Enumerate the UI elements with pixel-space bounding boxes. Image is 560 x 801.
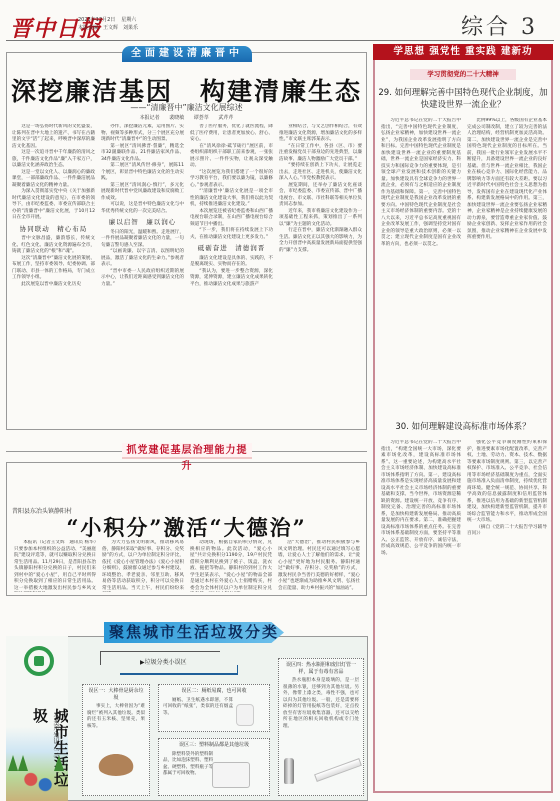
article-column-2: 办作，深挖廉洁元素，运用图片、实物、视频等多种形式，分三个展区充分展现新时代“清… [101, 124, 184, 424]
column-subheading: 砥砺奋进 清德润晋 [190, 245, 273, 252]
byline-author: 裴晓敏 [169, 115, 184, 121]
article-column-1: 本报讯（记者王文辉 通讯员 杨华）只要参加本村组织的公益活动、“美丽庭院”建设评… [14, 540, 96, 592]
paragraph: 强化公平竞争制度刚性约束和保护，推进要素市场化配置改革，完善产权、土地、劳动力、… [467, 440, 547, 525]
paragraph: “在日常工作中，各县（区、市）要注重发掘党员干部身边的先进典型，以廉洁故事、廉洁… [279, 144, 362, 164]
paragraph: 这是一场弘扬时代新风的文化盛宴，让陈列在晋中大地上的遗产、书写在古籍里的文字“活… [12, 124, 95, 150]
paragraph: 这次“清廉晋中”廉洁文化展的策展、布展工作，坚持市委领导、纪委协调、部门联动、市… [12, 256, 95, 282]
paragraph: 比例99%以上，各级国有企业基本完成公司制改制，建立了较为完善的法人治理结构，经… [467, 118, 547, 242]
article-body-columns: 这是一场弘扬时代新风的文化盛宴，让陈列在晋中大地上的遗产、书写在古籍里的文字“活… [12, 124, 362, 424]
toilet-paper-illustration [236, 704, 254, 726]
myth-title: 误区四：热水瓶胆和废旧灯管一样，属于有毒有害品 [283, 662, 359, 675]
myth-body: 事实上，大棒骨因为“难腐烂”被列入其他垃圾。类似的还有玉米核、坚果壳、果核等。 [87, 704, 145, 730]
zone-tab-label: ▶垃圾分类小误区 [140, 657, 187, 666]
myth-title: 误区三：塑料制品都是其他垃圾 [163, 742, 265, 749]
paragraph: 办作，深挖廉洁元素，运用图片、实物、视频等多种形式，分三个展区充分展现新时代“清… [101, 124, 184, 144]
byline-author: 谭荟萃 [194, 115, 209, 121]
paragraph: “晋中市委一人民政府组织近期的展示中心，让我们近距离感受到廉洁文化的力量。” [101, 269, 184, 289]
paragraph: “要持续在创新上下功夫，让展览走出去，走进社区、走进机关，使廉洁文化深入人心。”… [279, 163, 362, 183]
paragraph: 这是一堂以文化人、以廉润心的廉政课堂，一部部廉政作品、一件件廉洁展品凝聚着廉洁文… [12, 170, 95, 190]
paragraph: 本次展览还被省纪委监委和山西广播电视台联合录制，在山西广播电视台综合频道节目中播… [190, 209, 273, 229]
section-banner-party-building: 抓党建促基层治理能力提升 [122, 443, 252, 459]
paragraph: 为深入贯彻落实党中央《关于加强新时代廉洁文化建设的意见》，在市委的领导下，由市纪… [12, 189, 95, 222]
paragraph: 第二展区“清风传世·修身”，展陈11个展区，彰显晋中特色廉洁文化的生动实践。 [101, 163, 184, 183]
question-30-column-2: 强化公平竞争制度刚性约束和保护，推进要素市场化配置改革，完善产权、土地、劳动力、… [467, 440, 547, 785]
paragraph: 习近平总书记在党的二十大报告中指出，“完善中国特色现代企业制度，弘扬企业家精神，… [381, 118, 461, 248]
section-banner-clean-jinzhong: 全面建设清廉晋中 [122, 46, 252, 62]
page-editors: 本版责编：王文辉 刘果乐 [78, 24, 142, 32]
garbage-sidebar: 城市生活垃圾 分类小知识（三） [6, 636, 68, 801]
myth-body: 热水瓶胆本身是玻璃的，是一层很薄的水银，还够到为其他垃圾。另外，像带上漆之类，毒… [283, 678, 359, 730]
paragraph: 晋中文脉昌盛，廉韵悠长，传统文化、红色文化、廉洁文化资源遍布全市，铸就了廉洁文化… [12, 236, 95, 256]
paragraph: 善了医疗服务，优化了就医流程，降低了医疗费用，让患者更加放心、舒心、安心。 [190, 124, 273, 144]
children-illustration [20, 769, 56, 795]
article-column-2: 为大力弘扬文明新风，推动移风易俗，静阳村采取“做好事、存积分、兑奖励”的方式，以… [102, 540, 184, 592]
paragraph: 动现场，根据自家的积分情况，兑换相应的物品。此次活动，“爱心小屋”共计兑换积分1… [190, 540, 272, 592]
page-name: 综合 3 [461, 10, 538, 41]
section-banner-garbage-sorting: 聚焦城市生活垃圾分类 [104, 622, 284, 643]
source-note: （摘自《党的二十大报告学习辅导百问》） [467, 525, 547, 538]
issue-weekday: 星期六 [121, 17, 136, 23]
paragraph: 业相结合，与文艺创作相结合，有效推进廉洁文化资源，增加廉洁文化的多样性。”市文联… [279, 124, 362, 144]
zone-tab-frame [120, 665, 238, 675]
question-29-columns: 习近平总书记在党的二十大报告中指出，“完善中国特色现代企业制度，弘扬企业家精神，… [381, 118, 547, 414]
masthead-divider [6, 40, 554, 41]
paragraph: “我认为，要进一步整合资源，深化资源，延伸资源，建立廉洁文化成果转化平台，推动廉… [190, 269, 273, 289]
recycling-logo-icon [24, 646, 54, 676]
tree-icon [8, 755, 18, 771]
article-byline: 本报记者 裴晓敏 谭荟萃 武芹芹 [6, 114, 367, 121]
article-column-1: 这是一场弘扬时代新风的文化盛宴，让陈列在晋中大地上的遗产、书写在古籍里的文字“活… [12, 124, 95, 424]
paragraph: “这次展览为我们搭建了一个很好的学习教育平台，我们要以廉为镜，以廉修心。”参观者… [190, 170, 273, 190]
issue-meta: 2023年12月2日星期六 本版责编：王文辉 刘果乐 [78, 16, 142, 32]
paragraph: “以画说廉、以字言清、以图明纪的展品，激活了廉洁文化的生命力。”参观者表示。 [101, 249, 184, 269]
section-banner-study: 学思想 强党性 重实践 建新功 [373, 44, 553, 60]
paragraph: 为大力弘扬文明新风，推动移风易俗，静阳村采取“做好事、存积分、兑奖励”的方式，以… [102, 540, 184, 592]
question-29-column-1: 习近平总书记在党的二十大报告中指出，“完善中国特色现代企业制度，弘扬企业家精神，… [381, 118, 461, 414]
paragraph: 活“大德治”，推动村民积极参与乡风文明治理。村民还可以通过填写心愿墙，让爱心人士… [278, 540, 360, 592]
myth-body: 厕纸、卫生纸遇水即溶，不算可回收的“纸张”，类似的还有烟盒等。 [163, 698, 233, 718]
byline-label: 本报记者 [140, 115, 160, 121]
myth-title: 误区二：厕纸易腐，也可回收 [163, 688, 265, 695]
paragraph: “下一步，我们将在持续发展上下功夫，在推动廉洁文化建设上更多发力。” [190, 228, 273, 241]
question-30-columns: 习近平总书记在党的二十大报告中指出，“构建全国统一大市场，深化要素市场化改革，建… [381, 440, 547, 785]
paragraph: 习近平总书记在党的二十大报告中指出，“构建全国统一大市场，深化要素市场化改革，建… [381, 440, 461, 557]
paragraph: 廉洁文化建设是具体的、实践的，不是脱离现实、实物而存在的。 [190, 256, 273, 269]
article-column-4: 业相结合，与文艺创作相结合，有效推进廉洁文化资源，增加廉洁文化的多样性。”市文联… [279, 124, 362, 424]
plastic-bottles-illustration [212, 762, 250, 788]
column-subheading: 廉以启智 廉以润心 [101, 219, 184, 226]
question-29-title[interactable]: 29. 如何理解完善中国特色现代企业制度，加快建设世界一流企业？ [378, 87, 548, 111]
paragraph: 第一展区“清风拂晋·誓廉”，精选全市32副廉联作品、21件廉洁家风作品、34件廉… [101, 144, 184, 164]
issue-date: 2023年12月2日 [78, 17, 115, 23]
myth-card-1: 误区一：大棒骨是厨余垃圾 事实上，大棒骨因为“难腐烂”被列入其他垃圾。类似的还有… [82, 684, 150, 796]
article-headline[interactable]: “小积分”激活“大德治” [6, 512, 367, 542]
study-sub-banner: 学习贯彻党的二十大精神 [410, 69, 516, 80]
paragraph: 在“清风徐徐·砥节砺行”展区前，市委组织部组织干部职工前来参观，一张张展示照片、… [190, 144, 273, 170]
paragraph: 可以说，这是晋中特色廉洁文化与中华优秀传统文化的一次完美结合。 [101, 202, 184, 215]
thermos-illustration [284, 758, 294, 784]
article-column-4: 活“大德治”，推动村民积极参与乡风文明治理。村民还可以通过填写心愿墙，让爱心人士… [278, 540, 360, 592]
article-column-3: 动现场，根据自家的积分情况，兑换相应的物品。此次活动，“爱心小屋”共计兑换积分1… [190, 540, 272, 592]
bone-illustration [96, 752, 136, 776]
article-column-3: 善了医疗服务，优化了就医流程，降低了医疗费用，让患者更加放心、舒心、安心。 在“… [190, 124, 273, 424]
paragraph: 本报讯（记者王文辉 通讯员 杨华）只要参加本村组织的公益活动、“美丽庭院”建设评… [14, 540, 96, 592]
paragraph: 第三展区“清风润心·慎行”，多元化展现新时代晋中党风廉政建设和反腐败工作成效。 [101, 183, 184, 203]
column-subheading: 协同联动 精心布局 [12, 226, 95, 233]
question-30-title[interactable]: 30. 如何理解建设高标准市场体系？ [378, 421, 548, 433]
paragraph: 这是一次追寻晋中千年廉韵的清风之旅，千件廉洁文化作品“廉”入千家万户，以廉洁文化… [12, 150, 95, 170]
question-29-column-2: 比例99%以上，各级国有企业基本完成公司制改制，建立了较为完善的法人治理结构，经… [467, 118, 547, 414]
paragraph: 行走在晋中，廉洁文化渐渐融入群众生活。廉洁文化正以其强大的影响力，为全力开创晋中… [279, 228, 362, 254]
byline-author: 武芹芹 [218, 115, 233, 121]
article-subheadline: ——“清廉晋中”廉洁文化展综述 [6, 102, 367, 113]
paragraph: 展览期间，还举办了廉洁文化座谈会，市纪委监委、市委宣传部、晋中广播电视台、市文联… [279, 183, 362, 209]
myth-title: 误区一：大棒骨是厨余垃圾 [87, 688, 145, 701]
paragraph: 冬日的阳光，温暖和煦。走进展厅，一件件展品凝聚着廉洁文化的力量，一句句廉言警句感… [101, 230, 184, 250]
paragraph: “‘清廉晋中’廉洁文化展是一项全市性的廉洁文化建设大事，我们将以此为契机，持续推… [190, 189, 273, 209]
paragraph: 近年来，我市将廉洁文化建设作为一项基础性工程来抓，策划推出了一系列以“廉”为主题… [279, 209, 362, 229]
question-30-column-1: 习近平总书记在党的二十大报告中指出，“构建全国统一大市场，深化要素市场化改革，建… [381, 440, 461, 785]
masthead: 晋中日报 2023年12月2日星期六 本版责编：王文辉 刘果乐 综合 3 [0, 0, 560, 40]
paragraph: 此次展览以晋中廉洁文化历史 [12, 282, 95, 289]
article-body-columns: 本报讯（记者王文辉 通讯员 杨华）只要参加本村组织的公益活动、“美丽庭院”建设评… [14, 540, 360, 592]
myth-body: 除塑料袋外的塑料制品，比如泡沫塑料、塑料盆、硬塑料、塑料瓶子等都属于可回收物。 [163, 752, 213, 778]
